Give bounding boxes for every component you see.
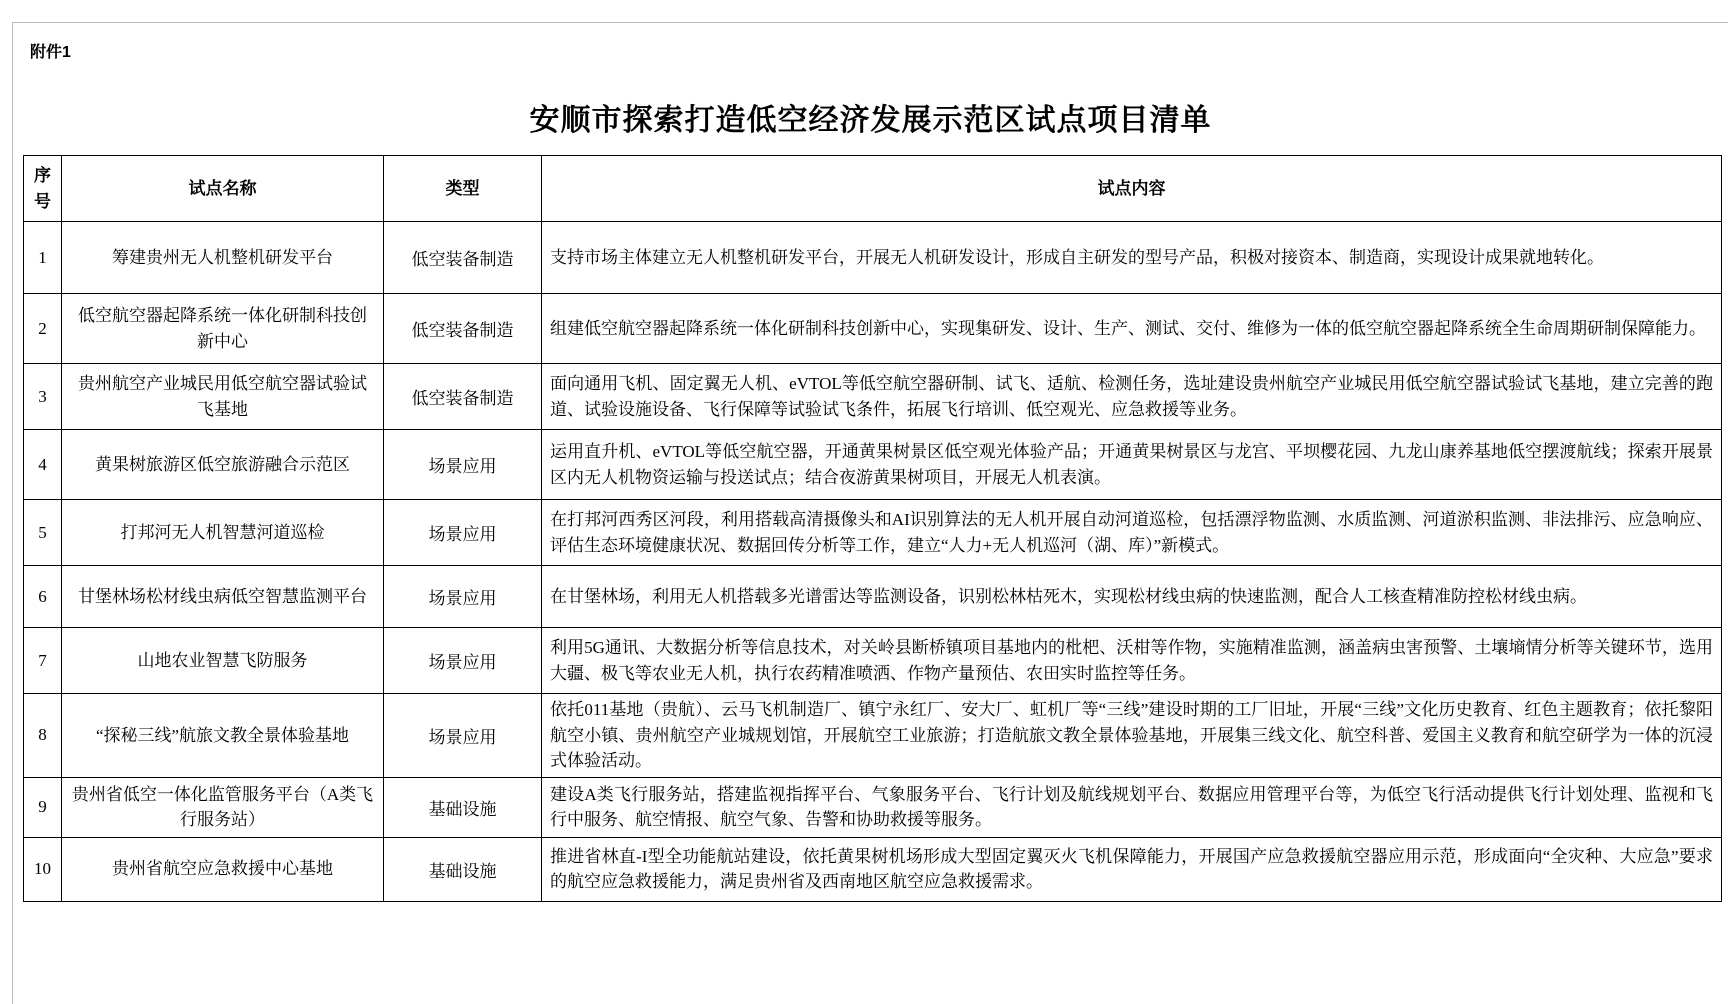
cell-name: 黄果树旅游区低空旅游融合示范区 bbox=[62, 430, 384, 500]
cell-type: 场景应用 bbox=[384, 628, 542, 694]
cell-content: 组建低空航空器起降系统一体化研制科技创新中心，实现集研发、设计、生产、测试、交付… bbox=[542, 294, 1722, 364]
cell-content: 在甘堡林场，利用无人机搭载多光谱雷达等监测设备，识别松林枯死木，实现松材线虫病的… bbox=[542, 566, 1722, 628]
table-row: 3 贵州航空产业城民用低空航空器试验试飞基地 低空装备制造 面向通用飞机、固定翼… bbox=[24, 364, 1722, 430]
cell-index: 3 bbox=[24, 364, 62, 430]
table-row: 9 贵州省低空一体化监管服务平台（A类飞行服务站） 基础设施 建设A类飞行服务站… bbox=[24, 777, 1722, 837]
table-row: 6 甘堡林场松材线虫病低空智慧监测平台 场景应用 在甘堡林场，利用无人机搭载多光… bbox=[24, 566, 1722, 628]
table-row: 8 “探秘三线”航旅文教全景体验基地 场景应用 依托011基地（贵航）、云马飞机… bbox=[24, 694, 1722, 778]
table-row: 10 贵州省航空应急救援中心基地 基础设施 推进省林直-I型全功能航站建设，依托… bbox=[24, 837, 1722, 901]
cell-name: 贵州省航空应急救援中心基地 bbox=[62, 837, 384, 901]
cell-content: 在打邦河西秀区河段，利用搭载高清摄像头和AI识别算法的无人机开展自动河道巡检，包… bbox=[542, 500, 1722, 566]
table-row: 7 山地农业智慧飞防服务 场景应用 利用5G通讯、大数据分析等信息技术，对关岭县… bbox=[24, 628, 1722, 694]
cell-type: 场景应用 bbox=[384, 566, 542, 628]
cell-name: 打邦河无人机智慧河道巡检 bbox=[62, 500, 384, 566]
cell-content: 支持市场主体建立无人机整机研发平台，开展无人机研发设计，形成自主研发的型号产品，… bbox=[542, 222, 1722, 294]
document-page: 附件1 安顺市探索打造低空经济发展示范区试点项目清单 序号 试点名称 类型 试点… bbox=[12, 22, 1728, 1004]
cell-index: 7 bbox=[24, 628, 62, 694]
cell-name: 筹建贵州无人机整机研发平台 bbox=[62, 222, 384, 294]
header-name: 试点名称 bbox=[62, 156, 384, 222]
cell-index: 9 bbox=[24, 777, 62, 837]
cell-index: 5 bbox=[24, 500, 62, 566]
cell-content: 面向通用飞机、固定翼无人机、eVTOL等低空航空器研制、试飞、适航、检测任务，选… bbox=[542, 364, 1722, 430]
cell-name: 山地农业智慧飞防服务 bbox=[62, 628, 384, 694]
table-row: 2 低空航空器起降系统一体化研制科技创新中心 低空装备制造 组建低空航空器起降系… bbox=[24, 294, 1722, 364]
table-row: 1 筹建贵州无人机整机研发平台 低空装备制造 支持市场主体建立无人机整机研发平台… bbox=[24, 222, 1722, 294]
cell-name: 低空航空器起降系统一体化研制科技创新中心 bbox=[62, 294, 384, 364]
cell-index: 6 bbox=[24, 566, 62, 628]
table-row: 4 黄果树旅游区低空旅游融合示范区 场景应用 运用直升机、eVTOL等低空航空器… bbox=[24, 430, 1722, 500]
cell-index: 8 bbox=[24, 694, 62, 778]
attachment-label: 附件1 bbox=[30, 39, 71, 62]
cell-type: 场景应用 bbox=[384, 430, 542, 500]
cell-type: 基础设施 bbox=[384, 777, 542, 837]
cell-name: 贵州航空产业城民用低空航空器试验试飞基地 bbox=[62, 364, 384, 430]
header-type: 类型 bbox=[384, 156, 542, 222]
cell-content: 推进省林直-I型全功能航站建设，依托黄果树机场形成大型固定翼灭火飞机保障能力，开… bbox=[542, 837, 1722, 901]
cell-name: “探秘三线”航旅文教全景体验基地 bbox=[62, 694, 384, 778]
cell-name: 甘堡林场松材线虫病低空智慧监测平台 bbox=[62, 566, 384, 628]
header-content: 试点内容 bbox=[542, 156, 1722, 222]
cell-type: 低空装备制造 bbox=[384, 294, 542, 364]
pilot-project-table: 序号 试点名称 类型 试点内容 1 筹建贵州无人机整机研发平台 低空装备制造 支… bbox=[23, 155, 1722, 902]
cell-name: 贵州省低空一体化监管服务平台（A类飞行服务站） bbox=[62, 777, 384, 837]
cell-content: 依托011基地（贵航）、云马飞机制造厂、镇宁永红厂、安大厂、虹机厂等“三线”建设… bbox=[542, 694, 1722, 778]
page-title: 安顺市探索打造低空经济发展示范区试点项目清单 bbox=[13, 95, 1728, 139]
cell-type: 低空装备制造 bbox=[384, 222, 542, 294]
cell-type: 基础设施 bbox=[384, 837, 542, 901]
cell-index: 4 bbox=[24, 430, 62, 500]
cell-type: 低空装备制造 bbox=[384, 364, 542, 430]
cell-index: 10 bbox=[24, 837, 62, 901]
table-row: 5 打邦河无人机智慧河道巡检 场景应用 在打邦河西秀区河段，利用搭载高清摄像头和… bbox=[24, 500, 1722, 566]
cell-content: 运用直升机、eVTOL等低空航空器，开通黄果树景区低空观光体验产品；开通黄果树景… bbox=[542, 430, 1722, 500]
header-index: 序号 bbox=[24, 156, 62, 222]
table-header-row: 序号 试点名称 类型 试点内容 bbox=[24, 156, 1722, 222]
cell-index: 2 bbox=[24, 294, 62, 364]
cell-content: 利用5G通讯、大数据分析等信息技术，对关岭县断桥镇项目基地内的枇杷、沃柑等作物，… bbox=[542, 628, 1722, 694]
cell-type: 场景应用 bbox=[384, 500, 542, 566]
cell-type: 场景应用 bbox=[384, 694, 542, 778]
cell-index: 1 bbox=[24, 222, 62, 294]
cell-content: 建设A类飞行服务站，搭建监视指挥平台、气象服务平台、飞行计划及航线规划平台、数据… bbox=[542, 777, 1722, 837]
